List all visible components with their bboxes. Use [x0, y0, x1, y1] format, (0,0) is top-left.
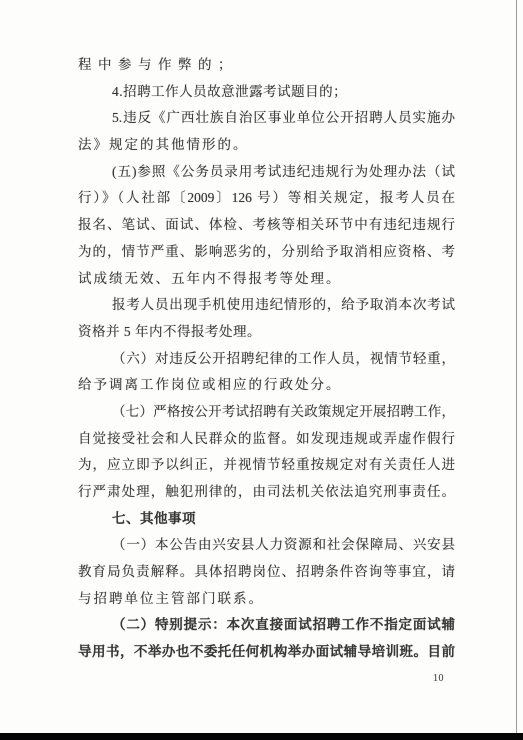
- scan-bottom-bar: [0, 733, 523, 740]
- text-line: 与招聘单位主管部门联系。: [78, 586, 455, 613]
- text-line: 报名、笔试、面试、体检、考核等相关环节中有违纪违规行: [78, 212, 455, 239]
- text-line: 行严肃处理，触犯刑律的，由司法机关依法追究刑事责任。: [78, 479, 455, 506]
- text-line: 为，应立即予以纠正，并视情节轻重按规定对有关责任人进: [78, 452, 455, 479]
- text-line: （一）本公告由兴安县人力资源和社会保障局、兴安县: [78, 532, 455, 559]
- document-body: 程中参与作弊的； 4.招聘工作人员故意泄露考试题目的； 5.违反《广西壮族自治区…: [78, 52, 455, 666]
- text-line-bold-notice: （二）特别提示：本次直接面试招聘工作不指定面试辅: [78, 612, 455, 639]
- text-line: 教育局负责解释。具体招聘岗位、招聘条件咨询等事宜，请: [78, 559, 455, 586]
- page-number: 10: [433, 673, 444, 684]
- text-line: (五)参照《公务员录用考试违纪违规行为处理办法（试: [78, 159, 455, 186]
- text-line: 4.招聘工作人员故意泄露考试题目的；: [78, 79, 455, 106]
- text-line: 行）》（人社部〔2009〕126 号）等相关规定，报考人员在: [78, 185, 455, 212]
- text-line: 为的，情节严重、影响恶劣的，分别给予取消相应资格、考: [78, 239, 455, 266]
- scan-edge-line: [516, 0, 517, 734]
- text-line: 5.违反《广西壮族自治区事业单位公开招聘人员实施办: [78, 105, 455, 132]
- text-line: 自觉接受社会和人民群众的监督。如发现违规或弄虚作假行: [78, 426, 455, 453]
- scanned-document-page: 程中参与作弊的； 4.招聘工作人员故意泄露考试题目的； 5.违反《广西壮族自治区…: [0, 0, 523, 740]
- text-line: （七）严格按公开考试招聘有关政策规定开展招聘工作，: [78, 399, 455, 426]
- text-line: 给予调离工作岗位或相应的行政处分。: [78, 372, 455, 399]
- text-line: （六）对违反公开招聘纪律的工作人员，视情节轻重，: [78, 346, 455, 373]
- text-line-bold-notice: 导用书，不举办也不委托任何机构举办面试辅导培训班。目前: [78, 639, 455, 666]
- text-line: 法》规定的其他情形的。: [78, 132, 455, 159]
- text-line: 程中参与作弊的；: [78, 52, 455, 79]
- text-line: 资格并 5 年内不得报考处理。: [78, 319, 455, 346]
- text-line: 报考人员出现手机使用违纪情形的，给予取消本次考试: [78, 292, 455, 319]
- text-line: 试成绩无效、五年内不得报考等处理。: [78, 266, 455, 293]
- section-heading: 七、其他事项: [78, 506, 455, 533]
